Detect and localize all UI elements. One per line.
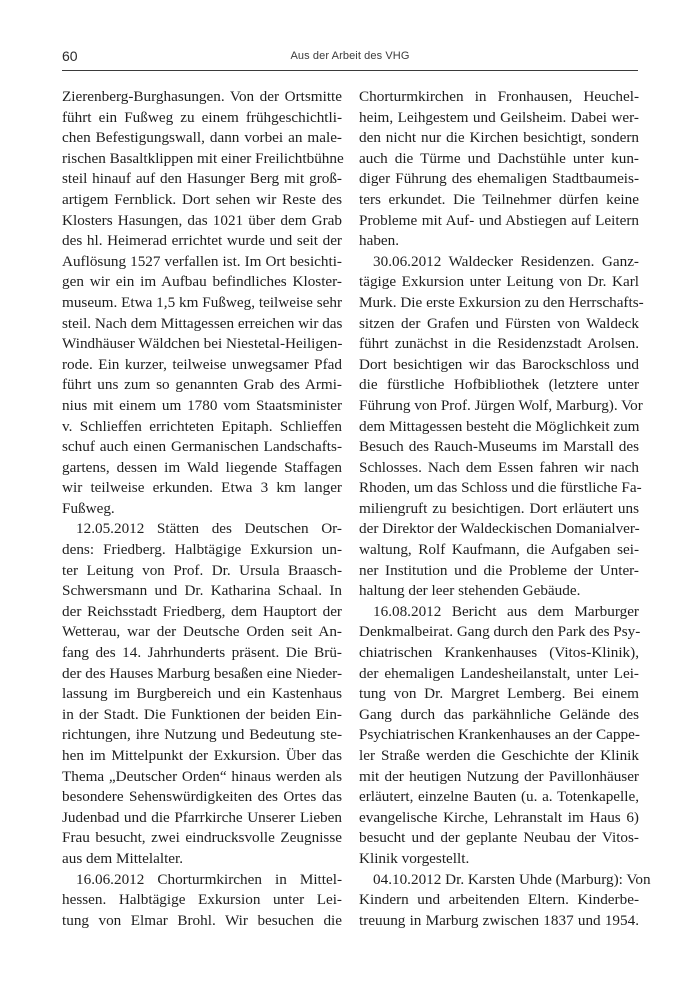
text-line: Windhäuser Wäldchen bei Niestetal-Heilig… bbox=[62, 334, 342, 355]
text-line: ters erkundet. Die Teilnehmer dürfen kei… bbox=[359, 190, 639, 211]
text-line: Klinik vorgestellt. bbox=[359, 849, 639, 870]
text-line: heim, Leihgestem und Geilsheim. Dabei we… bbox=[359, 108, 639, 129]
text-line: treuung in Marburg zwischen 1837 und 195… bbox=[359, 911, 639, 932]
paragraph-first-line: 12.05.2012 Stätten des Deutschen Or- bbox=[62, 519, 342, 540]
text-line: hessen. Halbtägige Exkursion unter Lei- bbox=[62, 890, 342, 911]
text-line: dem Mittagessen besteht die Möglichkeit … bbox=[359, 417, 639, 438]
text-line: miliengruft zu besichtigen. Dort erläute… bbox=[359, 499, 639, 520]
text-line: Denkmalbeirat. Gang durch den Park des P… bbox=[359, 622, 639, 643]
text-line: Besuch des Rauch-Museums im Marstall des bbox=[359, 437, 639, 458]
text-line: Schlosses. Nach dem Essen fahren wir nac… bbox=[359, 458, 639, 479]
text-line: Zierenberg-Burghasungen. Von der Ortsmit… bbox=[62, 87, 342, 108]
text-line: führt ein Fußweg zu einem frühgeschichtl… bbox=[62, 108, 342, 129]
text-line: Psychiatrischen Krankenhauses an der Cap… bbox=[359, 725, 639, 746]
text-line: v. Schlieffen errichteten Epitaph. Schli… bbox=[62, 417, 342, 438]
text-line: mit der heutigen Nutzung der Pavillonhäu… bbox=[359, 767, 639, 788]
text-line: tung von Dr. Margret Lemberg. Bei einem bbox=[359, 684, 639, 705]
text-line: der Reichsstadt Friedberg, dem Hauptort … bbox=[62, 602, 342, 623]
text-line: erläutert, einzelne Bauten (u. a. Totenk… bbox=[359, 787, 639, 808]
text-line: gen wir ein im Aufbau befindliches Klost… bbox=[62, 272, 342, 293]
text-line: der des Hauses Marburg besaßen eine Nied… bbox=[62, 664, 342, 685]
text-line: auch die Türme und Dachstühle unter kun- bbox=[359, 149, 639, 170]
text-line: sitzen der Grafen und Fürsten von Waldec… bbox=[359, 314, 639, 335]
text-line: ter Leitung von Prof. Dr. Ursula Braasch… bbox=[62, 561, 342, 582]
text-line: Chorturmkirchen in Fronhausen, Heuchel- bbox=[359, 87, 639, 108]
text-line: der Direktor der Waldeckischen Domanialv… bbox=[359, 519, 639, 540]
text-line: rischen Basaltklippen mit einer Freilich… bbox=[62, 149, 342, 170]
text-line: nius mit einem um 1780 vom Staatsministe… bbox=[62, 396, 342, 417]
text-line: tägige Exkursion unter Leitung von Dr. K… bbox=[359, 272, 639, 293]
text-line: Fußweg. bbox=[62, 499, 342, 520]
text-line: Führung von Prof. Jürgen Wolf, Marburg).… bbox=[359, 396, 639, 417]
text-line: Probleme mit Auf- und Abstiegen auf Leit… bbox=[359, 211, 639, 232]
text-line: besucht und der geplante Neubau der Vito… bbox=[359, 828, 639, 849]
text-line: führt uns zum so genannten Grab des Armi… bbox=[62, 375, 342, 396]
text-line: besondere Sehenswürdigkeiten des Ortes d… bbox=[62, 787, 342, 808]
text-line: Judenbad und die Pfarrkirche Unserer Lie… bbox=[62, 808, 342, 829]
text-line: Klosters Hasungen, das 1021 über dem Gra… bbox=[62, 211, 342, 232]
text-column-left: Zierenberg-Burghasungen. Von der Ortsmit… bbox=[62, 87, 342, 931]
text-line: dens: Friedberg. Halbtägige Exkursion un… bbox=[62, 540, 342, 561]
text-line: Rhoden, um das Schloss und die fürstlich… bbox=[359, 478, 639, 499]
text-line: museum. Etwa 1,5 km Fußweg, teilweise se… bbox=[62, 293, 342, 314]
paragraph-first-line: 04.10.2012 Dr. Karsten Uhde (Marburg): V… bbox=[359, 870, 639, 891]
text-line: ler Straße werden die Geschichte der Kli… bbox=[359, 746, 639, 767]
text-line: Auflösung 1527 verfallen ist. Im Ort bes… bbox=[62, 252, 342, 273]
header-divider bbox=[62, 70, 638, 71]
text-line: Wetterau, war der Deutsche Orden seit An… bbox=[62, 622, 342, 643]
text-line: den nicht nur die Kirchen besichtigt, so… bbox=[359, 128, 639, 149]
text-line: chen Befestigungswall, dann vorbei an ma… bbox=[62, 128, 342, 149]
text-line: lassung im Burgbereich und ein Kastenhau… bbox=[62, 684, 342, 705]
text-line: diger Führung des ehemaligen Stadtbaumei… bbox=[359, 169, 639, 190]
text-line: Kindern und arbeitenden Eltern. Kinderbe… bbox=[359, 890, 639, 911]
text-line: steil. Nach dem Mittagessen erreichen wi… bbox=[62, 314, 342, 335]
text-line: evangelische Kirche, Lehranstalt im Haus… bbox=[359, 808, 639, 829]
text-line: schuf auch einen Germanischen Landschaft… bbox=[62, 437, 342, 458]
text-line: tung von Elmar Brohl. Wir besuchen die bbox=[62, 911, 342, 932]
text-line: wir teilweise erkunden. Etwa 3 km langer bbox=[62, 478, 342, 499]
text-line: aus dem Mittelalter. bbox=[62, 849, 342, 870]
text-line: der ehemaligen Landesheilanstalt, unter … bbox=[359, 664, 639, 685]
paragraph-first-line: 30.06.2012 Waldecker Residenzen. Ganz- bbox=[359, 252, 639, 273]
running-title: Aus der Arbeit des VHG bbox=[62, 50, 638, 62]
text-column-right: Chorturmkirchen in Fronhausen, Heuchel-h… bbox=[359, 87, 639, 931]
paragraph-first-line: 16.08.2012 Bericht aus dem Marburger bbox=[359, 602, 639, 623]
text-line: Frau besucht, zwei eindrucksvolle Zeugni… bbox=[62, 828, 342, 849]
text-line: steil hinauf auf den Hasunger Berg mit g… bbox=[62, 169, 342, 190]
text-line: chiatrischen Krankenhauses (Vitos-Klinik… bbox=[359, 643, 639, 664]
text-line: richtungen, ihre Nutzung und Bedeutung s… bbox=[62, 725, 342, 746]
text-line: hen im Mittelpunkt der Exkursion. Über d… bbox=[62, 746, 342, 767]
page-header: 60 Aus der Arbeit des VHG bbox=[62, 46, 638, 70]
text-line: ner Institution und die Probleme der Unt… bbox=[359, 561, 639, 582]
text-line: haben. bbox=[359, 231, 639, 252]
text-line: artigem Fernblick. Dort sehen wir Reste … bbox=[62, 190, 342, 211]
text-line: Dort besichtigen wir das Barockschloss u… bbox=[359, 355, 639, 376]
text-line: in der Stadt. Die Funktionen der beiden … bbox=[62, 705, 342, 726]
text-line: Gang durch das parkähnliche Gelände des bbox=[359, 705, 639, 726]
text-line: gartens, dessen im Wald liegende Staffag… bbox=[62, 458, 342, 479]
text-line: Schwersmann und Dr. Katharina Schaal. In bbox=[62, 581, 342, 602]
text-line: waltung, Rolf Kaufmann, die Aufgaben sei… bbox=[359, 540, 639, 561]
paragraph-first-line: 16.06.2012 Chorturmkirchen in Mittel- bbox=[62, 870, 342, 891]
text-line: Thema „Deutscher Orden“ hinaus werden al… bbox=[62, 767, 342, 788]
text-line: rode. Ein kurzer, teilweise unwegsamer P… bbox=[62, 355, 342, 376]
text-line: des hl. Heimerad errichtet wurde und sei… bbox=[62, 231, 342, 252]
text-line: fang des 14. Jahrhunderts präsent. Die B… bbox=[62, 643, 342, 664]
text-line: Murk. Die erste Exkursion zu den Herrsch… bbox=[359, 293, 639, 314]
text-line: führt zunächst in die Residenzstadt Arol… bbox=[359, 334, 639, 355]
text-line: die fürstliche Hofbibliothek (letztere u… bbox=[359, 375, 639, 396]
text-line: haltung der leer stehenden Gebäude. bbox=[359, 581, 639, 602]
